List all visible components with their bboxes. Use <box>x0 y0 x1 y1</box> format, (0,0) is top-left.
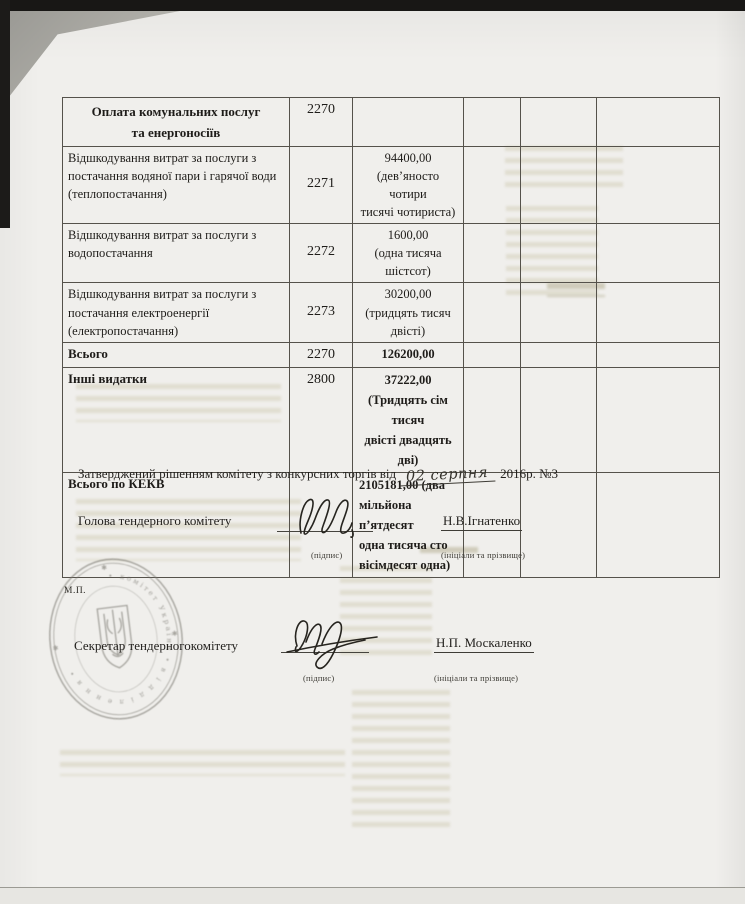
signatory-name-secretary: Н.П. Москаленко <box>434 635 534 653</box>
table-row: Відшкодування витрат за послуги з водопо… <box>63 224 720 283</box>
empty-cell <box>597 473 720 578</box>
empty-cell <box>464 146 521 224</box>
expense-name: Всього <box>63 342 290 367</box>
empty-cell <box>464 98 521 147</box>
bleed-through-smudge <box>60 750 345 776</box>
expense-name: Інші видатки <box>63 368 290 473</box>
empty-cell <box>464 283 521 342</box>
amount-cell <box>353 98 464 147</box>
handwritten-signature-secretary <box>283 606 383 672</box>
table-row-total: Всього 2270 126200,00 <box>63 342 720 367</box>
empty-cell <box>464 368 521 473</box>
empty-cell <box>521 342 597 367</box>
kekv-code: 2272 <box>290 224 353 283</box>
kekv-code: 2800 <box>290 368 353 473</box>
amount-cell: 30200,00 (тридцять тисяч двісті) <box>353 283 464 342</box>
scanner-edge-left <box>0 0 10 228</box>
name-caption: (ініціали та прізвище) <box>441 550 525 560</box>
paper-corner-shadow <box>10 11 180 101</box>
empty-cell <box>597 224 720 283</box>
scanner-edge-top <box>0 0 745 11</box>
handwritten-signature-head <box>294 494 366 538</box>
empty-cell <box>597 342 720 367</box>
signatory-role-secretary: Секретар тендерногокомітету <box>74 638 238 654</box>
empty-cell <box>521 98 597 147</box>
empty-cell <box>521 368 597 473</box>
expense-name: Відшкодування витрат за послуги з постач… <box>63 146 290 224</box>
empty-cell <box>597 283 720 342</box>
signature-caption: (підпис) <box>311 550 342 560</box>
expense-name: Оплата комунальних послуг та енергоносії… <box>63 98 290 147</box>
kekv-code: 2273 <box>290 283 353 342</box>
empty-cell <box>521 283 597 342</box>
expense-name: Відшкодування витрат за послуги з постач… <box>63 283 290 342</box>
svg-text:✱: ✱ <box>52 644 59 653</box>
signatory-name-head: Н.В.Ігнатенко <box>441 513 522 531</box>
svg-text:✱: ✱ <box>171 629 178 638</box>
table-row: Інші видатки 2800 37222,00 (Тридцять сім… <box>63 368 720 473</box>
expense-name: Відшкодування витрат за послуги з водопо… <box>63 224 290 283</box>
kekv-code: 2270 <box>290 342 353 367</box>
empty-cell <box>464 342 521 367</box>
empty-cell <box>597 368 720 473</box>
kekv-expenses-table: Оплата комунальних послуг та енергоносії… <box>62 97 720 578</box>
kekv-code: 2270 <box>290 98 353 147</box>
paper-bottom-strip <box>0 888 745 904</box>
amount-cell: 126200,00 <box>353 342 464 367</box>
empty-cell <box>521 146 597 224</box>
table-row: Оплата комунальних послуг та енергоносії… <box>63 98 720 147</box>
amount-cell: 94400,00 (дев’яносто чотири тисячі чотир… <box>353 146 464 224</box>
approval-prefix: Затверджений рішенням комітету з конкурс… <box>78 466 396 481</box>
table-row: Відшкодування витрат за послуги з постач… <box>63 146 720 224</box>
signature-caption: (підпис) <box>303 673 334 683</box>
amount-cell: 37222,00 (Тридцять сім тисяч двісті двад… <box>353 368 464 473</box>
name-caption: (ініціали та прізвище) <box>434 673 518 683</box>
kekv-code: 2271 <box>290 146 353 224</box>
signatory-role-head: Голова тендерного комітету <box>78 513 231 529</box>
empty-cell <box>521 224 597 283</box>
empty-cell <box>597 146 720 224</box>
stamp-place-label: М.П. <box>64 586 86 596</box>
amount-cell: 1600,00 (одна тисяча шістсот) <box>353 224 464 283</box>
svg-text:✱: ✱ <box>101 564 108 573</box>
bleed-through-smudge <box>352 690 450 828</box>
approval-suffix: 2016р. №3 <box>500 466 558 481</box>
empty-cell <box>464 224 521 283</box>
approval-line: Затверджений рішенням комітету з конкурс… <box>78 466 558 483</box>
table-row: Відшкодування витрат за послуги з постач… <box>63 283 720 342</box>
scanned-document-page: Оплата комунальних послуг та енергоносії… <box>0 0 745 904</box>
empty-cell <box>521 473 597 578</box>
empty-cell <box>597 98 720 147</box>
